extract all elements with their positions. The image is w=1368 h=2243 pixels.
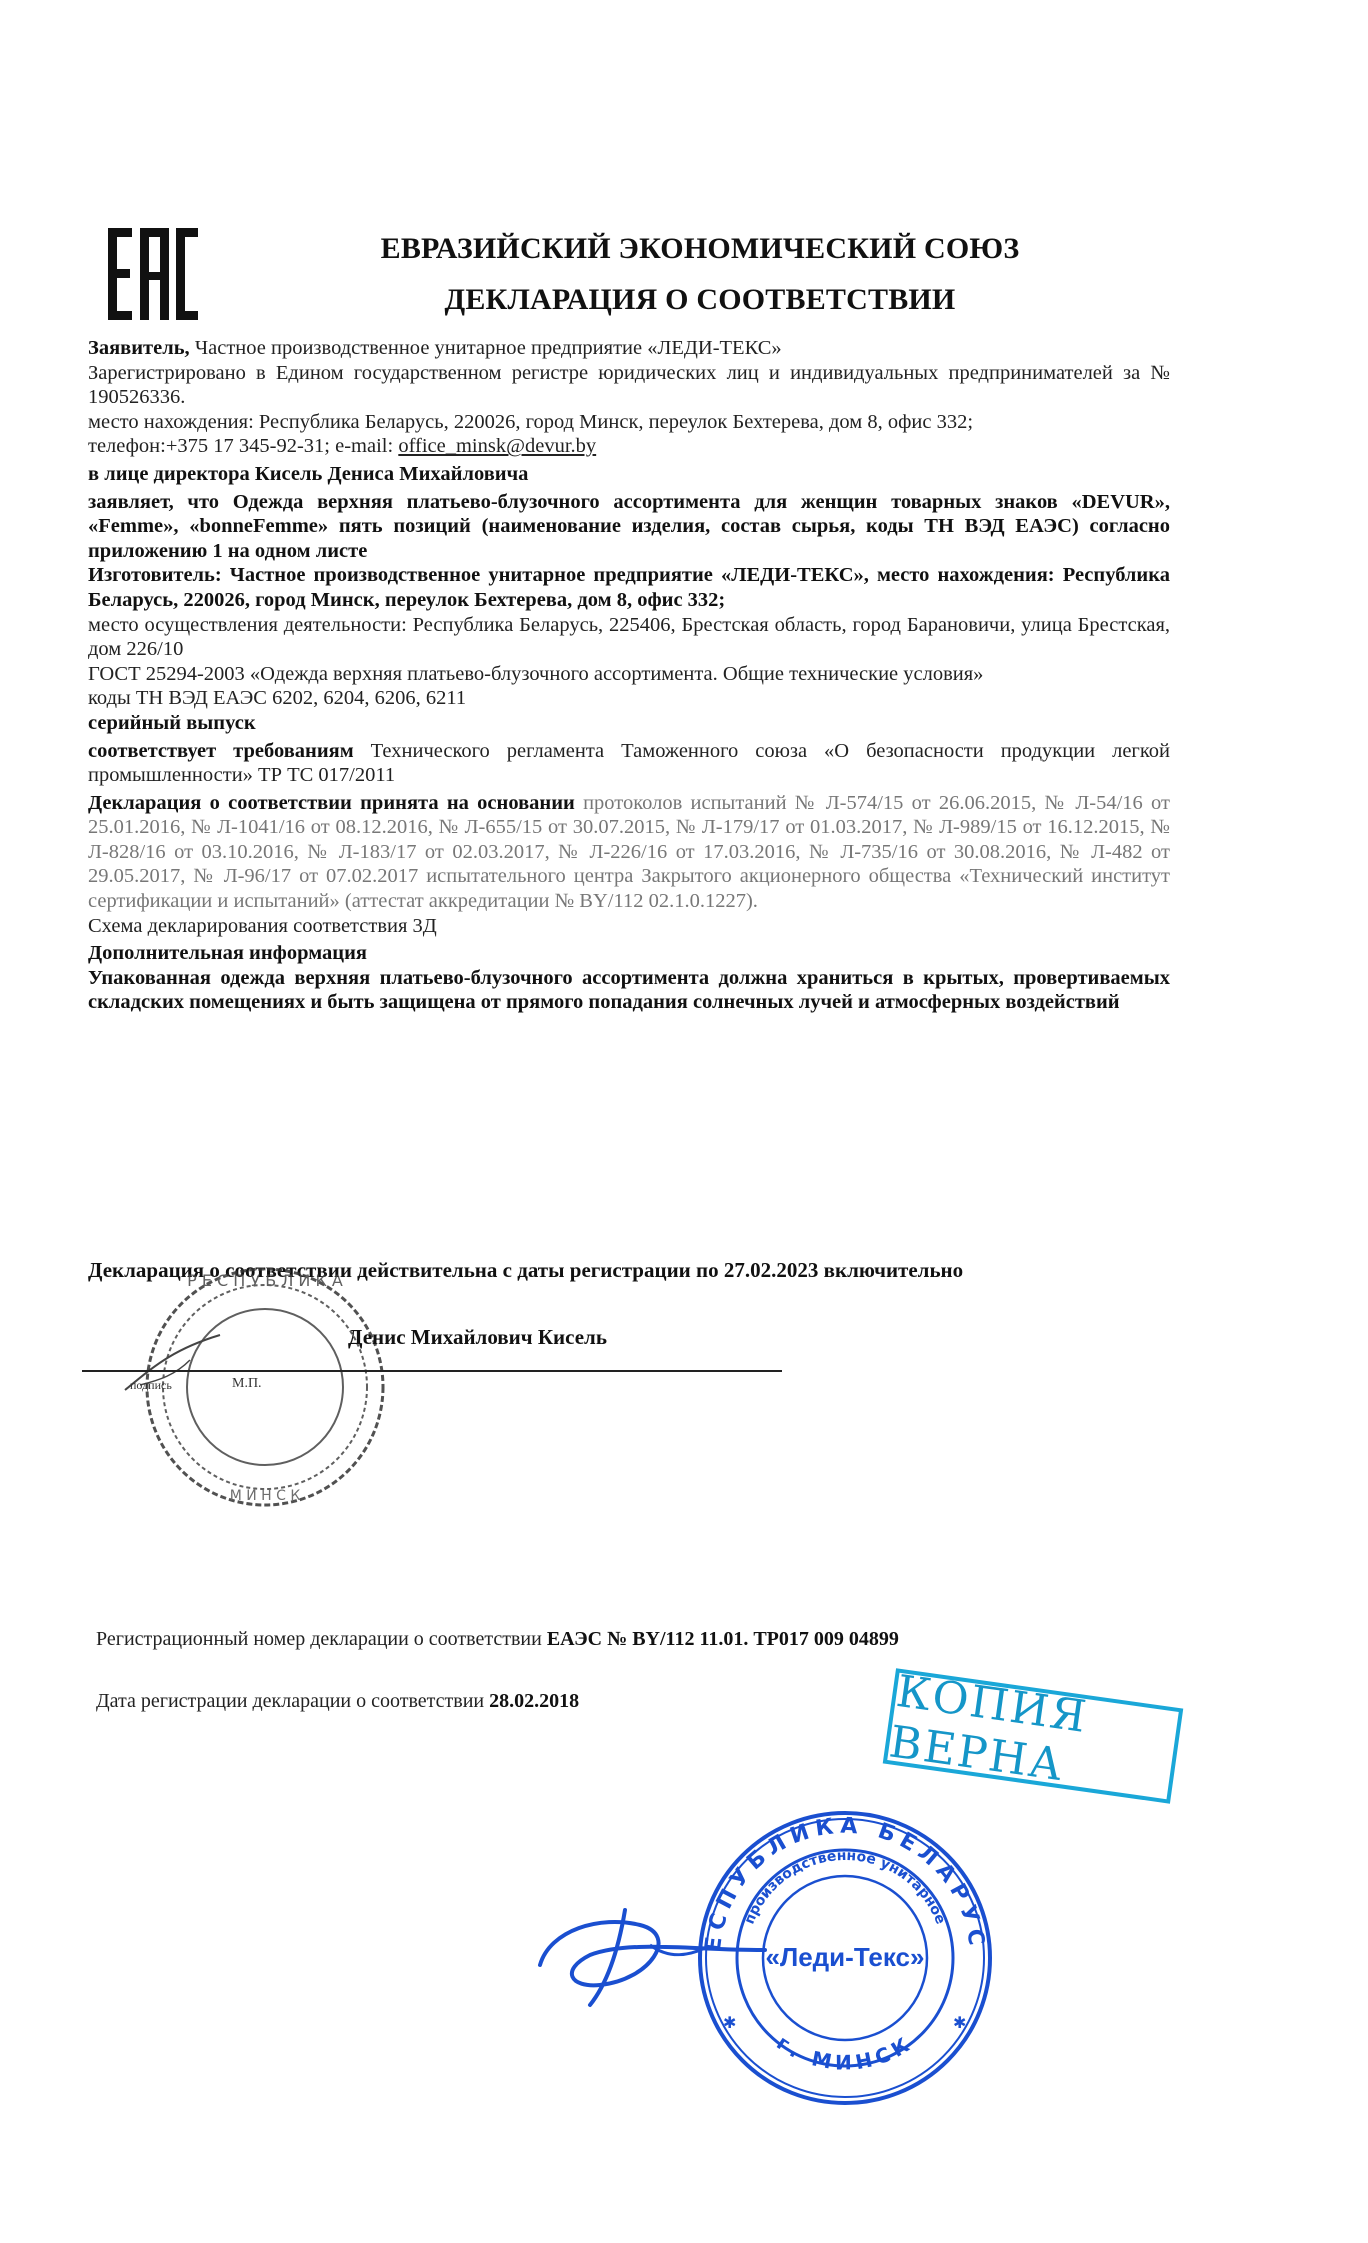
complies-paragraph: соответствует требованиям Технического р…: [88, 739, 1170, 788]
registration-line: Зарегистрировано в Едином государственно…: [88, 361, 1170, 410]
registration-date-value: 28.02.2018: [489, 1690, 579, 1712]
manufacturer-label: Изготовитель:: [88, 564, 222, 586]
standard-line: ГОСТ 25294-2003 «Одежда верхняя платьево…: [88, 662, 1170, 687]
declares-text: Одежда верхняя платьево-блузочного ассор…: [88, 491, 1170, 562]
manufacturer-paragraph: Изготовитель: Частное производственное у…: [88, 563, 1170, 612]
svg-text:«Леди-Текс»: «Леди-Текс»: [766, 1942, 925, 1972]
manufacturer-text: Частное производственное унитарное предп…: [88, 564, 1170, 611]
basis-paragraph: Декларация о соответствии принята на осн…: [88, 791, 1170, 914]
registration-date: Дата регистрации декларации о соответств…: [96, 1690, 579, 1713]
registration-date-label: Дата регистрации декларации о соответств…: [96, 1690, 489, 1712]
represented-by: в лице директора Кисель Дениса Михайлови…: [88, 462, 1170, 487]
complies-label: соответствует требованиям: [88, 740, 354, 762]
email-link[interactable]: office_minsk@devur.by: [398, 435, 596, 457]
applicant-address: место нахождения: Республика Беларусь, 2…: [88, 410, 1170, 435]
union-title: ЕВРАЗИЙСКИЙ ЭКОНОМИЧЕСКИЙ СОЮЗ: [200, 232, 1200, 266]
applicant-line: Заявитель, Частное производственное унит…: [88, 336, 1170, 361]
registration-number-value: ЕАЭС № BY/112 11.01. ТР017 009 04899: [547, 1628, 899, 1650]
applicant-name: Частное производственное унитарное предп…: [190, 337, 782, 359]
signature-caption: подпись: [130, 1378, 172, 1393]
eac-mark-icon: [108, 228, 198, 320]
basis-label: Декларация о соответствии принята на осн…: [88, 792, 575, 814]
copy-certified-stamp: КОПИЯ ВЕРНА: [883, 1668, 1184, 1803]
copy-certified-text: КОПИЯ ВЕРНА: [886, 1666, 1179, 1806]
registration-number-label: Регистрационный номер декларации о соотв…: [96, 1628, 547, 1650]
director-signature-icon: [530, 1900, 770, 2010]
additional-info-text: Упакованная одежда верхняя платьево-блуз…: [88, 966, 1170, 1015]
declaration-body: Заявитель, Частное производственное унит…: [88, 336, 1170, 1015]
seal-caption: М.П.: [232, 1376, 262, 1392]
additional-info-label: Дополнительная информация: [88, 941, 1170, 966]
phone-text: телефон:+375 17 345-92-31; e-mail:: [88, 435, 398, 457]
svg-text:М И Н С К: М И Н С К: [230, 1488, 301, 1504]
registration-number: Регистрационный номер декларации о соотв…: [96, 1628, 899, 1651]
declares-paragraph: заявляет, что Одежда верхняя платьево-бл…: [88, 490, 1170, 564]
basis-faded: протоколов испытаний № Л-574/15 от: [575, 792, 931, 814]
document-title: ДЕКЛАРАЦИЯ О СООТВЕТСТВИИ: [200, 283, 1200, 317]
declaration-document: ЕВРАЗИЙСКИЙ ЭКОНОМИЧЕСКИЙ СОЮЗ ДЕКЛАРАЦИ…: [0, 0, 1368, 2243]
svg-text:✱: ✱: [723, 2015, 736, 2032]
codes-line: коды ТН ВЭД ЕАЭС 6202, 6204, 6206, 6211: [88, 686, 1170, 711]
declares-label: заявляет, что: [88, 491, 219, 513]
svg-text:г. МИНСК: г. МИНСК: [772, 2030, 917, 2074]
contact-line: телефон:+375 17 345-92-31; e-mail: offic…: [88, 434, 1170, 459]
svg-text:✱: ✱: [953, 2015, 966, 2032]
svg-text:Р Е С П У Б Л И К А: Р Е С П У Б Л И К А: [187, 1271, 343, 1290]
applicant-label: Заявитель,: [88, 337, 190, 359]
activity-place: место осуществления деятельности: Респуб…: [88, 613, 1170, 662]
scheme-line: Схема декларирования соответствия 3Д: [88, 914, 1170, 939]
signature-line: [82, 1370, 782, 1372]
production-type: серийный выпуск: [88, 711, 1170, 736]
signer-name: Денис Михайлович Кисель: [348, 1325, 607, 1350]
